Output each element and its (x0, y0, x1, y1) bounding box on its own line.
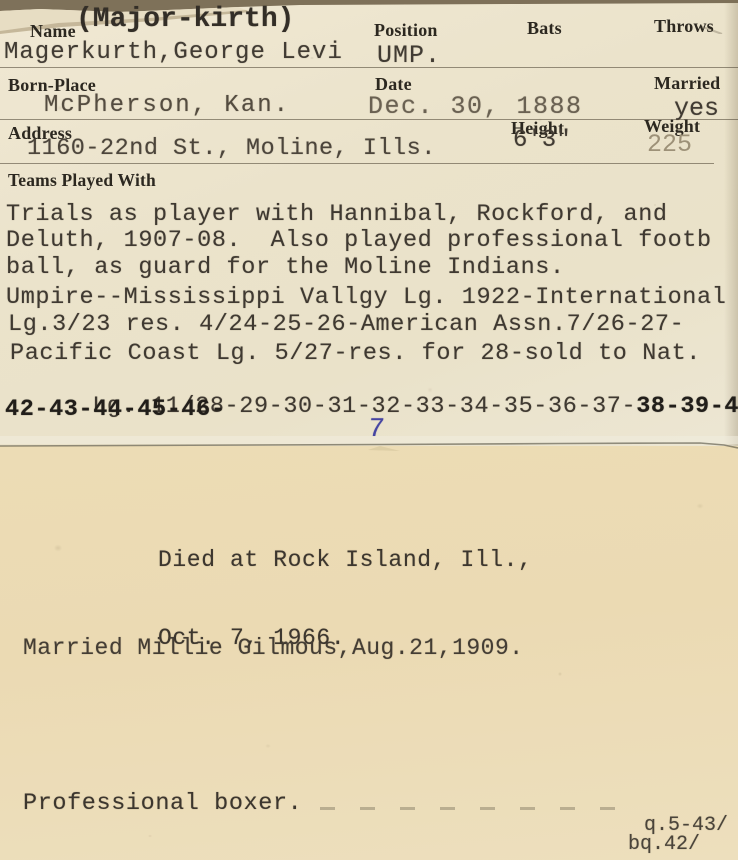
form-rule (0, 163, 714, 164)
position-label: Position (374, 21, 438, 39)
form-rule (0, 67, 738, 68)
form-rule (0, 119, 738, 120)
bats-label: Bats (527, 19, 562, 37)
name-value: Magerkurth,George Levi (4, 41, 343, 65)
date-label: Date (375, 75, 412, 93)
date-value: Dec. 30, 1888 (368, 94, 583, 119)
notes-line: Trials as player with Hannibal, Rockford… (6, 203, 668, 227)
died-note: Died at Rock Island, Ill., Oct. 7, 1966. (158, 495, 532, 703)
weight-value: 225 (647, 132, 692, 157)
born-place-value: McPherson, Kan. (44, 94, 290, 118)
faint-dashed-line (320, 807, 618, 810)
archive-code-line2: bq.42/ (628, 835, 700, 855)
notes-line: Lg.3/23 res. 4/24-25-26-American Assn.7/… (8, 313, 684, 337)
index-card-scan: (Major-kirth) Name Position Bats Throws … (0, 0, 738, 860)
teams-played-with-label: Teams Played With (8, 172, 156, 190)
profession-note: Professional boxer. (23, 792, 302, 816)
notes-line: Pacific Coast Lg. 5/27-res. for 28-sold … (10, 342, 701, 366)
address-value: 1160-22nd St., Moline, Ills. (27, 137, 436, 161)
died-note-line1: Died at Rock Island, Ill., (158, 547, 532, 573)
married-note: Married Millie Gilmous,Aug.21,1909. (23, 637, 524, 660)
handwritten-number: 7 (367, 417, 386, 444)
position-value: UMP. (377, 43, 441, 68)
married-label: Married (654, 74, 720, 92)
notes-line: ball, as guard for the Moline Indians. (6, 256, 565, 280)
name-label: Name (30, 22, 76, 40)
name-annotation: (Major-kirth) (76, 6, 294, 34)
height-value: 6'3" (513, 129, 571, 153)
player-card-front: (Major-kirth) Name Position Bats Throws … (0, 0, 738, 446)
notes-line: 42-43-44-45-46- (5, 398, 226, 422)
notes-line7-bold: 38-39-40-41- (636, 393, 738, 420)
notes-line: Deluth, 1907-08. Also played professiona… (6, 229, 712, 253)
throws-label: Throws (654, 17, 714, 35)
notes-line: Umpire--Mississippi Vallgy Lg. 1922-Inte… (6, 286, 726, 310)
